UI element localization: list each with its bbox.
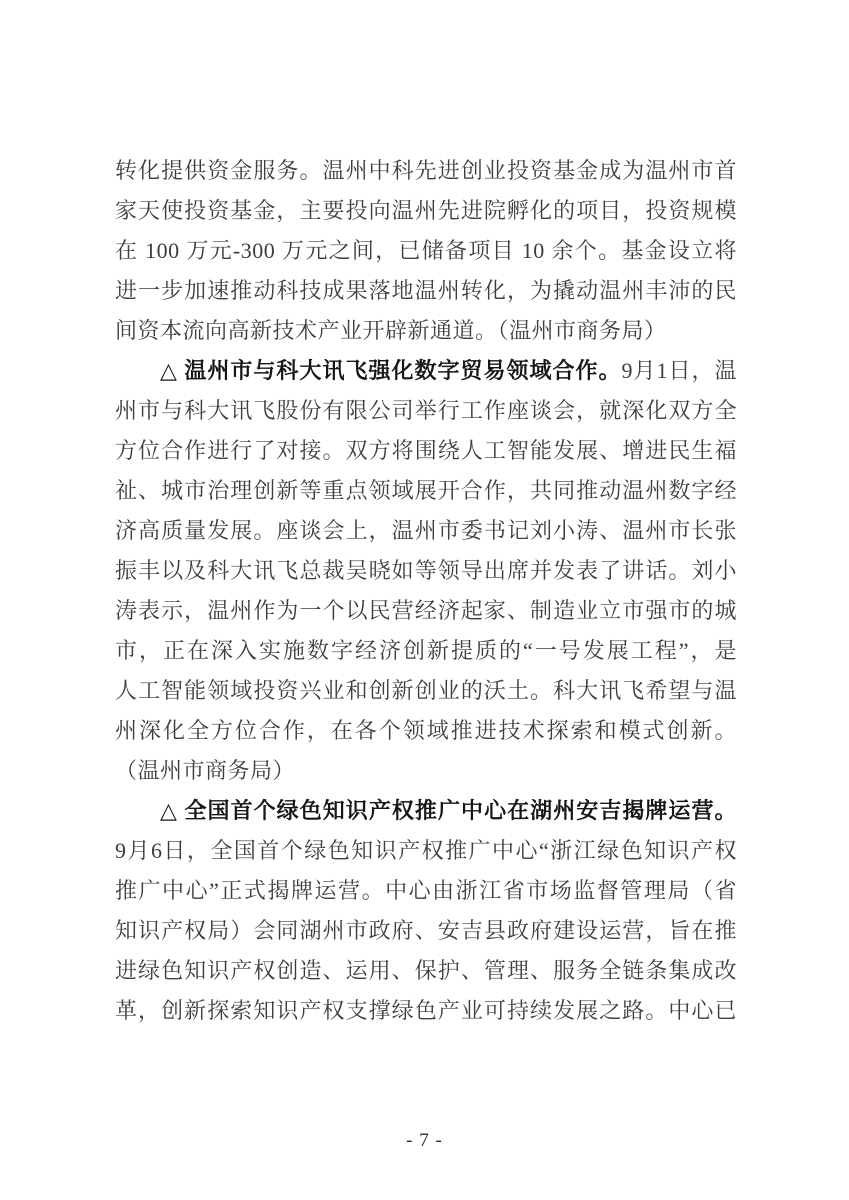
body-text: 家天使投资基金，主要投向温州先进院孵化的项目，投资规模 [115, 198, 737, 223]
body-text: 推广中心”正式揭牌运营。中心由浙江省市场监督管理局（省 [115, 878, 737, 903]
text-line: 9月6日，全国首个绿色知识产权推广中心“浙江绿色知识产权 [115, 831, 737, 871]
headline-text: △ 全国首个绿色知识产权推广中心在湖州安吉揭牌运营。 [160, 798, 737, 823]
body-text: 州深化全方位合作，在各个领域推进技术探索和模式创新。 [115, 718, 737, 743]
text-line: 家天使投资基金，主要投向温州先进院孵化的项目，投资规模 [115, 191, 737, 231]
document-body: 转化提供资金服务。温州中科先进创业投资基金成为温州市首家天使投资基金，主要投向温… [115, 151, 737, 1031]
body-text: 9月6日，全国首个绿色知识产权推广中心“浙江绿色知识产权 [115, 838, 737, 863]
body-text: 涛表示，温州作为一个以民营经济起家、制造业立市强市的城 [115, 598, 737, 623]
text-line: 间资本流向高新技术产业开辟新通道。（温州市商务局） [115, 311, 737, 351]
text-line: 祉、城市治理创新等重点领域展开合作，共同推动温州数字经 [115, 471, 737, 511]
headline-text: △ 温州市与科大讯飞强化数字贸易领域合作。 [160, 358, 621, 383]
text-line: △ 全国首个绿色知识产权推广中心在湖州安吉揭牌运营。 [115, 791, 737, 831]
paragraph-green-ip-center: △ 全国首个绿色知识产权推广中心在湖州安吉揭牌运营。9月6日，全国首个绿色知识产… [115, 791, 737, 1031]
text-line: 州深化全方位合作，在各个领域推进技术探索和模式创新。 [115, 711, 737, 751]
text-line: 知识产权局）会同湖州市政府、安吉县政府建设运营，旨在推 [115, 911, 737, 951]
body-text: 转化提供资金服务。温州中科先进创业投资基金成为温州市首 [115, 158, 737, 183]
text-line: 市，正在深入实施数字经济创新提质的“一号发展工程”，是 [115, 631, 737, 671]
text-line: 进绿色知识产权创造、运用、保护、管理、服务全链条集成改 [115, 951, 737, 991]
document-page: 转化提供资金服务。温州中科先进创业投资基金成为温州市首家天使投资基金，主要投向温… [0, 0, 849, 1200]
body-text: 间资本流向高新技术产业开辟新通道。（温州市商务局） [115, 318, 667, 343]
body-text: 市，正在深入实施数字经济创新提质的“一号发展工程”，是 [115, 638, 737, 663]
body-text: 在 100 万元-300 万元之间，已储备项目 10 余个。基金设立将 [115, 238, 737, 263]
text-line: 在 100 万元-300 万元之间，已储备项目 10 余个。基金设立将 [115, 231, 737, 271]
body-text: 进一步加速推动科技成果落地温州转化，为撬动温州丰沛的民 [115, 278, 737, 303]
text-line: △ 温州市与科大讯飞强化数字贸易领域合作。9月1日，温 [115, 351, 737, 391]
body-text: 振丰以及科大讯飞总裁吴晓如等领导出席并发表了讲话。刘小 [115, 558, 737, 583]
paragraph-iflytek-cooperation: △ 温州市与科大讯飞强化数字贸易领域合作。9月1日，温州市与科大讯飞股份有限公司… [115, 351, 737, 791]
body-text: 济高质量发展。座谈会上，温州市委书记刘小涛、温州市长张 [115, 518, 737, 543]
body-text: 革，创新探索知识产权支撑绿色产业可持续发展之路。中心已 [115, 998, 737, 1023]
body-text: 州市与科大讯飞股份有限公司举行工作座谈会，就深化双方全 [115, 398, 737, 423]
text-line: 方位合作进行了对接。双方将围绕人工智能发展、增进民生福 [115, 431, 737, 471]
page-number: - 7 - [0, 1130, 849, 1152]
text-line: 振丰以及科大讯飞总裁吴晓如等领导出席并发表了讲话。刘小 [115, 551, 737, 591]
text-line: 转化提供资金服务。温州中科先进创业投资基金成为温州市首 [115, 151, 737, 191]
text-line: 进一步加速推动科技成果落地温州转化，为撬动温州丰沛的民 [115, 271, 737, 311]
text-line: 济高质量发展。座谈会上，温州市委书记刘小涛、温州市长张 [115, 511, 737, 551]
body-text: 知识产权局）会同湖州市政府、安吉县政府建设运营，旨在推 [115, 918, 737, 943]
text-line: 涛表示，温州作为一个以民营经济起家、制造业立市强市的城 [115, 591, 737, 631]
text-line: 人工智能领域投资兴业和创新创业的沃土。科大讯飞希望与温 [115, 671, 737, 711]
body-text: 9月1日，温 [621, 358, 737, 383]
body-text: 进绿色知识产权创造、运用、保护、管理、服务全链条集成改 [115, 958, 737, 983]
text-line: 州市与科大讯飞股份有限公司举行工作座谈会，就深化双方全 [115, 391, 737, 431]
paragraph-wenzhou-fund: 转化提供资金服务。温州中科先进创业投资基金成为温州市首家天使投资基金，主要投向温… [115, 151, 737, 351]
body-text: 人工智能领域投资兴业和创新创业的沃土。科大讯飞希望与温 [115, 678, 737, 703]
body-text: 祉、城市治理创新等重点领域展开合作，共同推动温州数字经 [115, 478, 737, 503]
body-text: （温州市商务局） [115, 758, 295, 783]
body-text: 方位合作进行了对接。双方将围绕人工智能发展、增进民生福 [115, 438, 737, 463]
text-line: 革，创新探索知识产权支撑绿色产业可持续发展之路。中心已 [115, 991, 737, 1031]
text-line: 推广中心”正式揭牌运营。中心由浙江省市场监督管理局（省 [115, 871, 737, 911]
text-line: （温州市商务局） [115, 751, 737, 791]
